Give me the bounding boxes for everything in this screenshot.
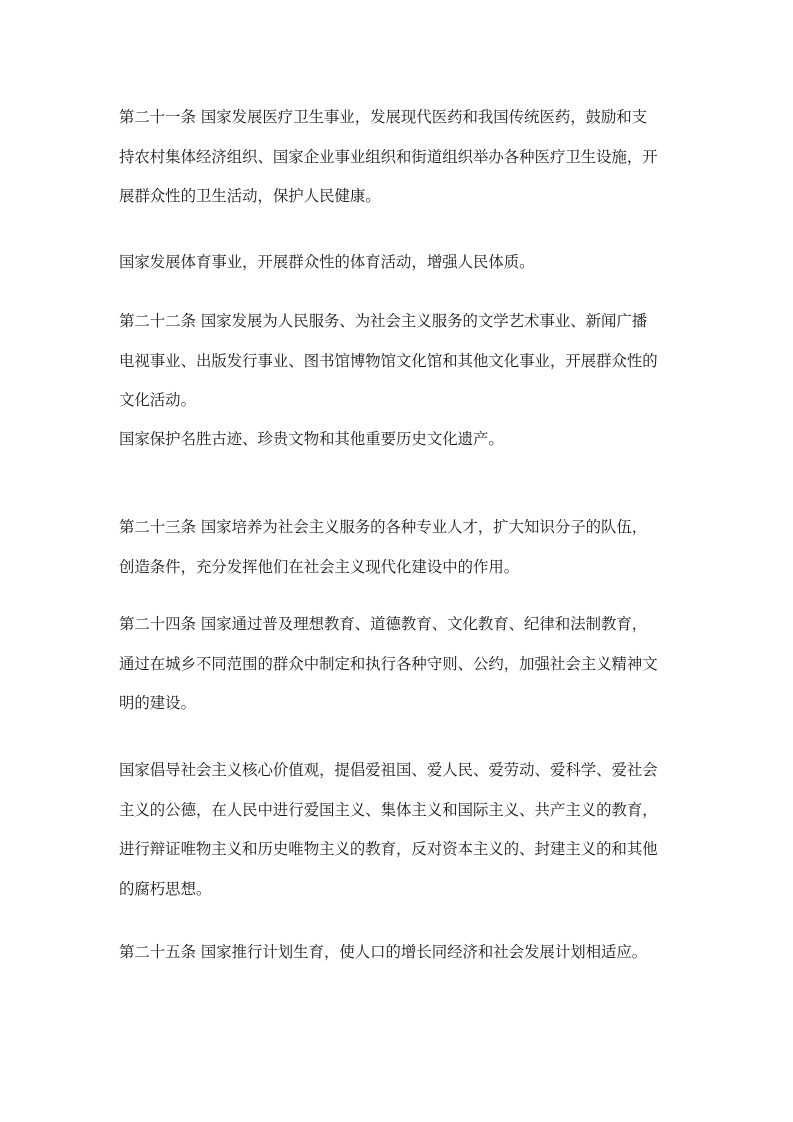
text-line: 第二十三条 国家培养为社会主义服务的各种专业人才，扩大知识分子的队伍， <box>119 508 679 548</box>
article-23-paragraph: 第二十三条 国家培养为社会主义服务的各种专业人才，扩大知识分子的队伍， 创造条件… <box>119 508 679 587</box>
text-line: 第二十一条 国家发展医疗卫生事业，发展现代医药和我国传统医药，鼓励和支 <box>119 98 679 138</box>
text-line: 通过在城乡不同范围的群众中制定和执行各种守则、公约，加强社会主义精神文 <box>119 645 679 685</box>
document-page: 第二十一条 国家发展医疗卫生事业，发展现代医药和我国传统医药，鼓励和支 持农村集… <box>0 0 793 1122</box>
core-values-paragraph: 国家倡导社会主义核心价值观，提倡爱祖国、爱人民、爱劳动、爱科学、爱社会 主义的公… <box>119 751 679 909</box>
article-22-paragraph: 第二十二条 国家发展为人民服务、为社会主义服务的文学艺术事业、新闻广播 电视事业… <box>119 302 679 421</box>
article-24-paragraph: 第二十四条 国家通过普及理想教育、道德教育、文化教育、纪律和法制教育， 通过在城… <box>119 605 679 724</box>
text-line: 第二十五条 国家推行计划生育，使人口的增长同经济和社会发展计划相适应。 <box>119 933 679 973</box>
text-line: 主义的公德，在人民中进行爱国主义、集体主义和国际主义、共产主义的教育， <box>119 791 679 831</box>
text-line: 文化活动。 <box>119 381 679 421</box>
text-line: 国家保护名胜古迹、珍贵文物和其他重要历史文化遗产。 <box>119 420 679 460</box>
text-line: 展群众性的卫生活动，保护人民健康。 <box>119 177 679 217</box>
article-25-paragraph: 第二十五条 国家推行计划生育，使人口的增长同经济和社会发展计划相适应。 <box>119 933 679 973</box>
text-line: 电视事业、出版发行事业、图书馆博物馆文化馆和其他文化事业，开展群众性的 <box>119 342 679 382</box>
sports-paragraph: 国家发展体育事业，开展群众性的体育活动，增强人民体质。 <box>119 243 679 283</box>
text-line: 第二十二条 国家发展为人民服务、为社会主义服务的文学艺术事业、新闻广播 <box>119 302 679 342</box>
article-21-paragraph: 第二十一条 国家发展医疗卫生事业，发展现代医药和我国传统医药，鼓励和支 持农村集… <box>119 98 679 217</box>
text-line: 的腐朽思想。 <box>119 870 679 910</box>
text-line: 国家倡导社会主义核心价值观，提倡爱祖国、爱人民、爱劳动、爱科学、爱社会 <box>119 751 679 791</box>
text-line: 明的建设。 <box>119 684 679 724</box>
heritage-paragraph: 国家保护名胜古迹、珍贵文物和其他重要历史文化遗产。 <box>119 420 679 460</box>
text-line: 国家发展体育事业，开展群众性的体育活动，增强人民体质。 <box>119 243 679 283</box>
text-line: 进行辩证唯物主义和历史唯物主义的教育，反对资本主义的、封建主义的和其他 <box>119 830 679 870</box>
text-line: 创造条件，充分发挥他们在社会主义现代化建设中的作用。 <box>119 548 679 588</box>
text-line: 第二十四条 国家通过普及理想教育、道德教育、文化教育、纪律和法制教育， <box>119 605 679 645</box>
text-line: 持农村集体经济组织、国家企业事业组织和街道组织举办各种医疗卫生设施，开 <box>119 138 679 178</box>
